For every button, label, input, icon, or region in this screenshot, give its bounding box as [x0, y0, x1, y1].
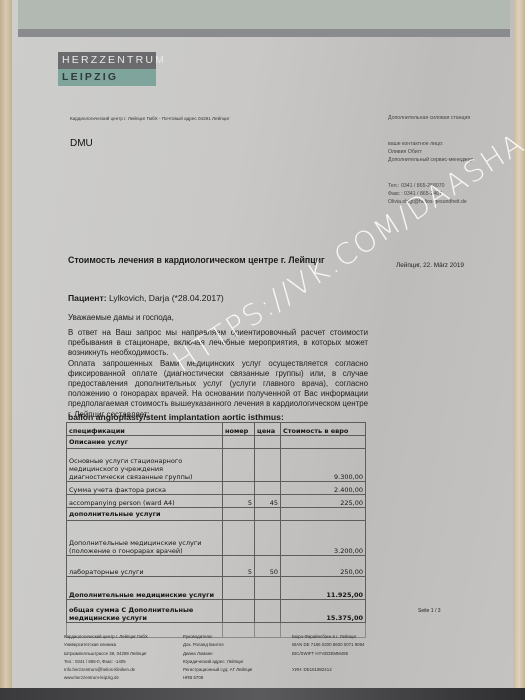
row-price — [255, 436, 281, 449]
table-row: дополнительные услуги — [67, 508, 366, 521]
logo-line-2: LEIPZIG — [58, 69, 156, 86]
row-price — [255, 482, 281, 495]
header-qty: номер — [223, 423, 255, 436]
logo-line-1: HERZZENTRUM — [58, 52, 156, 69]
footer-line: Тел.: 0341 / 865-0, Факс: -1405 — [64, 658, 148, 666]
row-price — [255, 577, 281, 600]
row-cost: 15.375,00 — [281, 600, 366, 623]
wood-background-left — [0, 0, 12, 700]
contact-name: Оливия Обигт — [388, 148, 422, 156]
row-qty — [223, 521, 255, 556]
footer-col-management: Руководители:Док. Роланд БантлеДиана Лом… — [183, 633, 253, 683]
row-spec: лабораторные услуги — [67, 556, 223, 577]
wood-background-right — [513, 0, 525, 700]
row-cost — [281, 436, 366, 449]
header-spec: спецификации — [67, 423, 223, 436]
patient-value: Lylkovich, Darja (*28.04.2017) — [109, 293, 224, 303]
footer-line: Info.herzzentrum@helios-kliniken.de — [64, 666, 148, 674]
footer-line: Бюро-Фарайнсбанк в г. Лейпциг — [292, 633, 365, 641]
cost-table: спецификации номер цена Стоимость в евро… — [66, 422, 366, 638]
greeting: Уважаемые дамы и господа, — [68, 313, 174, 322]
row-spec: accompanying person (ward A4) — [67, 495, 223, 508]
page-number: Seite 1 / 3 — [418, 608, 441, 614]
row-qty — [223, 508, 255, 521]
footer-line — [292, 658, 365, 666]
footer-line: HRB 5708 — [183, 674, 253, 682]
footer-col-bank: Бюро-Фарайнсбанк в г. ЛейпцигIBAN DE 718… — [292, 633, 365, 674]
row-cost: 3.200,00 — [281, 521, 366, 556]
row-cost: 11.925,00 — [281, 577, 366, 600]
row-price — [255, 449, 281, 482]
row-qty — [223, 436, 255, 449]
footer-line: Университетская клиника — [64, 641, 148, 649]
row-qty — [223, 577, 255, 600]
row-cost — [281, 508, 366, 521]
row-qty — [223, 449, 255, 482]
row-qty — [223, 600, 255, 623]
patient-label: Пациент: — [68, 293, 107, 303]
footer-line: BIC/SWIFT HYVEDEMM495 — [292, 650, 365, 658]
row-cost: 2.400,00 — [281, 482, 366, 495]
footer-line: Кардиологический центр г. Лейпциг ГмбХ — [64, 633, 148, 641]
row-spec: Дополнительные медицинские услуги (полож… — [67, 521, 223, 556]
header-cost: Стоимость в евро — [281, 423, 366, 436]
row-spec: Описание услуг — [67, 436, 223, 449]
bottom-edge — [0, 688, 525, 700]
empty-cell — [255, 623, 281, 638]
row-price — [255, 600, 281, 623]
footer-line: Диана Ломанн — [183, 650, 253, 658]
table-row: accompanying person (ward A4)545225,00 — [67, 495, 366, 508]
footer-line: Док. Роланд Бантле — [183, 641, 253, 649]
table-row: Дополнительные медицинские услуги (полож… — [67, 521, 366, 556]
patient-line: Пациент: Lylkovich, Darja (*28.04.2017) — [68, 293, 224, 303]
row-price — [255, 521, 281, 556]
letter-date: Лейпциг, 22. März 2019 — [396, 262, 464, 269]
table-row: Сумма учета фактора риска2.400,00 — [67, 482, 366, 495]
footer-line: Штрюмпелльштрассе 39, 04289 Лейпциг — [64, 650, 148, 658]
contact-department: Дополнительная силовая станция — [388, 114, 470, 122]
footer-line: Регистрационный суд: АГ Лейпциг — [183, 666, 253, 674]
table-row: Описание услуг — [67, 436, 366, 449]
row-cost: 250,00 — [281, 556, 366, 577]
herzzentrum-logo: HERZZENTRUM LEIPZIG — [58, 52, 156, 86]
row-qty — [223, 482, 255, 495]
recipient: DMU — [70, 138, 93, 149]
header-band — [18, 0, 510, 29]
row-spec: общая сумма С Дополнительные медицинские… — [67, 600, 223, 623]
footer-line: УИН: DE161982414 — [292, 666, 365, 674]
row-spec: дополнительные услуги — [67, 508, 223, 521]
body-paragraph: Оплата запрошенных Вами медицинских услу… — [68, 359, 368, 420]
footer-line: www.herzzentrum-leipzig.de — [64, 674, 148, 682]
row-qty: 5 — [223, 556, 255, 577]
row-qty: 5 — [223, 495, 255, 508]
table-row: Дополнительные медицинские услуги11.925,… — [67, 577, 366, 600]
footer-line: Руководители: — [183, 633, 253, 641]
header-price: цена — [255, 423, 281, 436]
footer-line: IBAN DE 7186 0200 8600 0071 9094 — [292, 641, 365, 649]
header-rule — [18, 29, 510, 37]
table-row: лабораторные услуги550250,00 — [67, 556, 366, 577]
table-row: Основные услуги стационарного медицинско… — [67, 449, 366, 482]
letter-title: Стоимость лечения в кардиологическом цен… — [68, 255, 325, 265]
row-spec: Дополнительные медицинские услуги — [67, 577, 223, 600]
table-header-row: спецификации номер цена Стоимость в евро — [67, 423, 366, 436]
contact-label: ваше контактное лицо: — [388, 140, 443, 148]
footer-line: Юридический адрес: Лейпциг — [183, 658, 253, 666]
row-cost: 9.300,00 — [281, 449, 366, 482]
row-price — [255, 508, 281, 521]
procedure-title: ballon angioplasty/stent implantation ao… — [68, 412, 284, 422]
row-price: 45 — [255, 495, 281, 508]
row-spec: Основные услуги стационарного медицинско… — [67, 449, 223, 482]
row-spec: Сумма учета фактора риска — [67, 482, 223, 495]
row-price: 50 — [255, 556, 281, 577]
row-cost: 225,00 — [281, 495, 366, 508]
footer-col-company: Кардиологический центр г. Лейпциг ГмбХУн… — [64, 633, 148, 683]
table-row: общая сумма С Дополнительные медицинские… — [67, 600, 366, 623]
